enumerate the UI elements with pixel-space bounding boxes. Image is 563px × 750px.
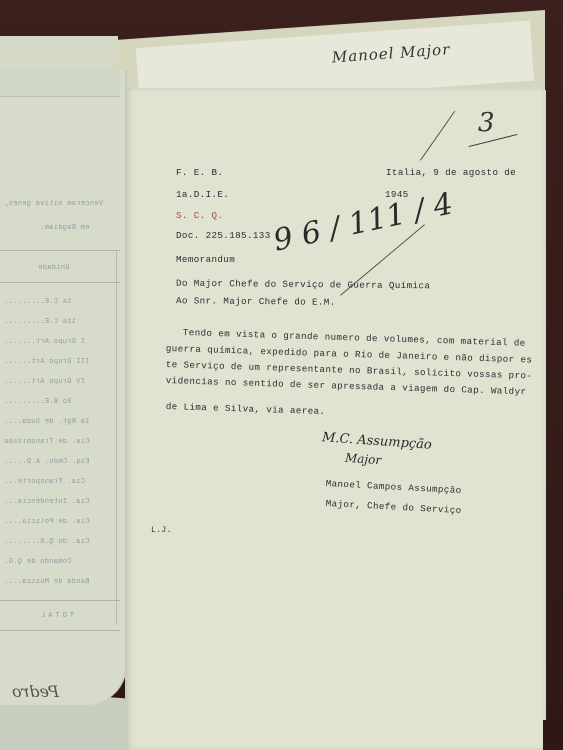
- place-date: Italia, 9 de agosto de: [386, 167, 516, 178]
- left-row: 9o B.E.........: [4, 398, 72, 406]
- page-number: 3: [478, 108, 495, 138]
- left-row: 11a C.E.........: [4, 318, 76, 326]
- header-section: S. C. Q.: [176, 210, 223, 221]
- memo-title: Memorandum: [176, 254, 235, 265]
- underlying-sheet-handwriting: Manoel Major: [331, 40, 451, 66]
- memo-to: Ao Snr. Major Chefe do E.M.: [176, 295, 336, 308]
- left-total-label: TOTAL: [38, 612, 74, 620]
- left-row: 1a C.E.........: [4, 298, 72, 306]
- header-doc-number: Doc. 225.185.133: [176, 230, 271, 241]
- left-rule: [0, 630, 120, 631]
- left-rule: [0, 250, 120, 251]
- memo-page: [125, 88, 543, 750]
- left-row: Banda de Música....: [4, 578, 90, 586]
- left-row: Cia. do Q.G........: [4, 538, 90, 546]
- left-row: IV Grupo Art......: [4, 378, 85, 386]
- left-row: Comando de Q.G.: [4, 558, 72, 566]
- header-org: F. E. B.: [176, 167, 223, 178]
- left-row: Esq. Cmdo. A.D.....: [4, 458, 90, 466]
- left-header-2: em Bagdiam.: [40, 224, 90, 232]
- left-row: I Grupo Art.......: [4, 338, 85, 346]
- left-row: III Grupo Art......: [4, 358, 90, 366]
- header-division: 1a.D.I.E.: [176, 189, 229, 200]
- left-column-title: Unidade: [38, 264, 70, 272]
- left-row: 1a Rgt. de Suda....: [4, 418, 90, 426]
- left-row: Cia. Intendência...: [4, 498, 90, 506]
- left-page-curl: [0, 70, 120, 97]
- left-row: Cia. de Polícia....: [4, 518, 90, 526]
- left-page: Venceram oitiva genes, em Bagdiam. Unida…: [0, 70, 127, 705]
- left-header-1: Venceram oitiva genes,: [4, 200, 103, 208]
- left-page-signature: Pedro: [12, 682, 59, 701]
- handwritten-rank: Major: [345, 451, 382, 467]
- left-vrule: [116, 250, 117, 625]
- left-rule: [0, 282, 120, 283]
- left-rule: [0, 600, 120, 601]
- left-row: Cia. de Transmissão: [4, 438, 90, 446]
- left-row: Cia. Transporte...: [4, 478, 85, 486]
- typist-initials: L.J.: [151, 526, 172, 535]
